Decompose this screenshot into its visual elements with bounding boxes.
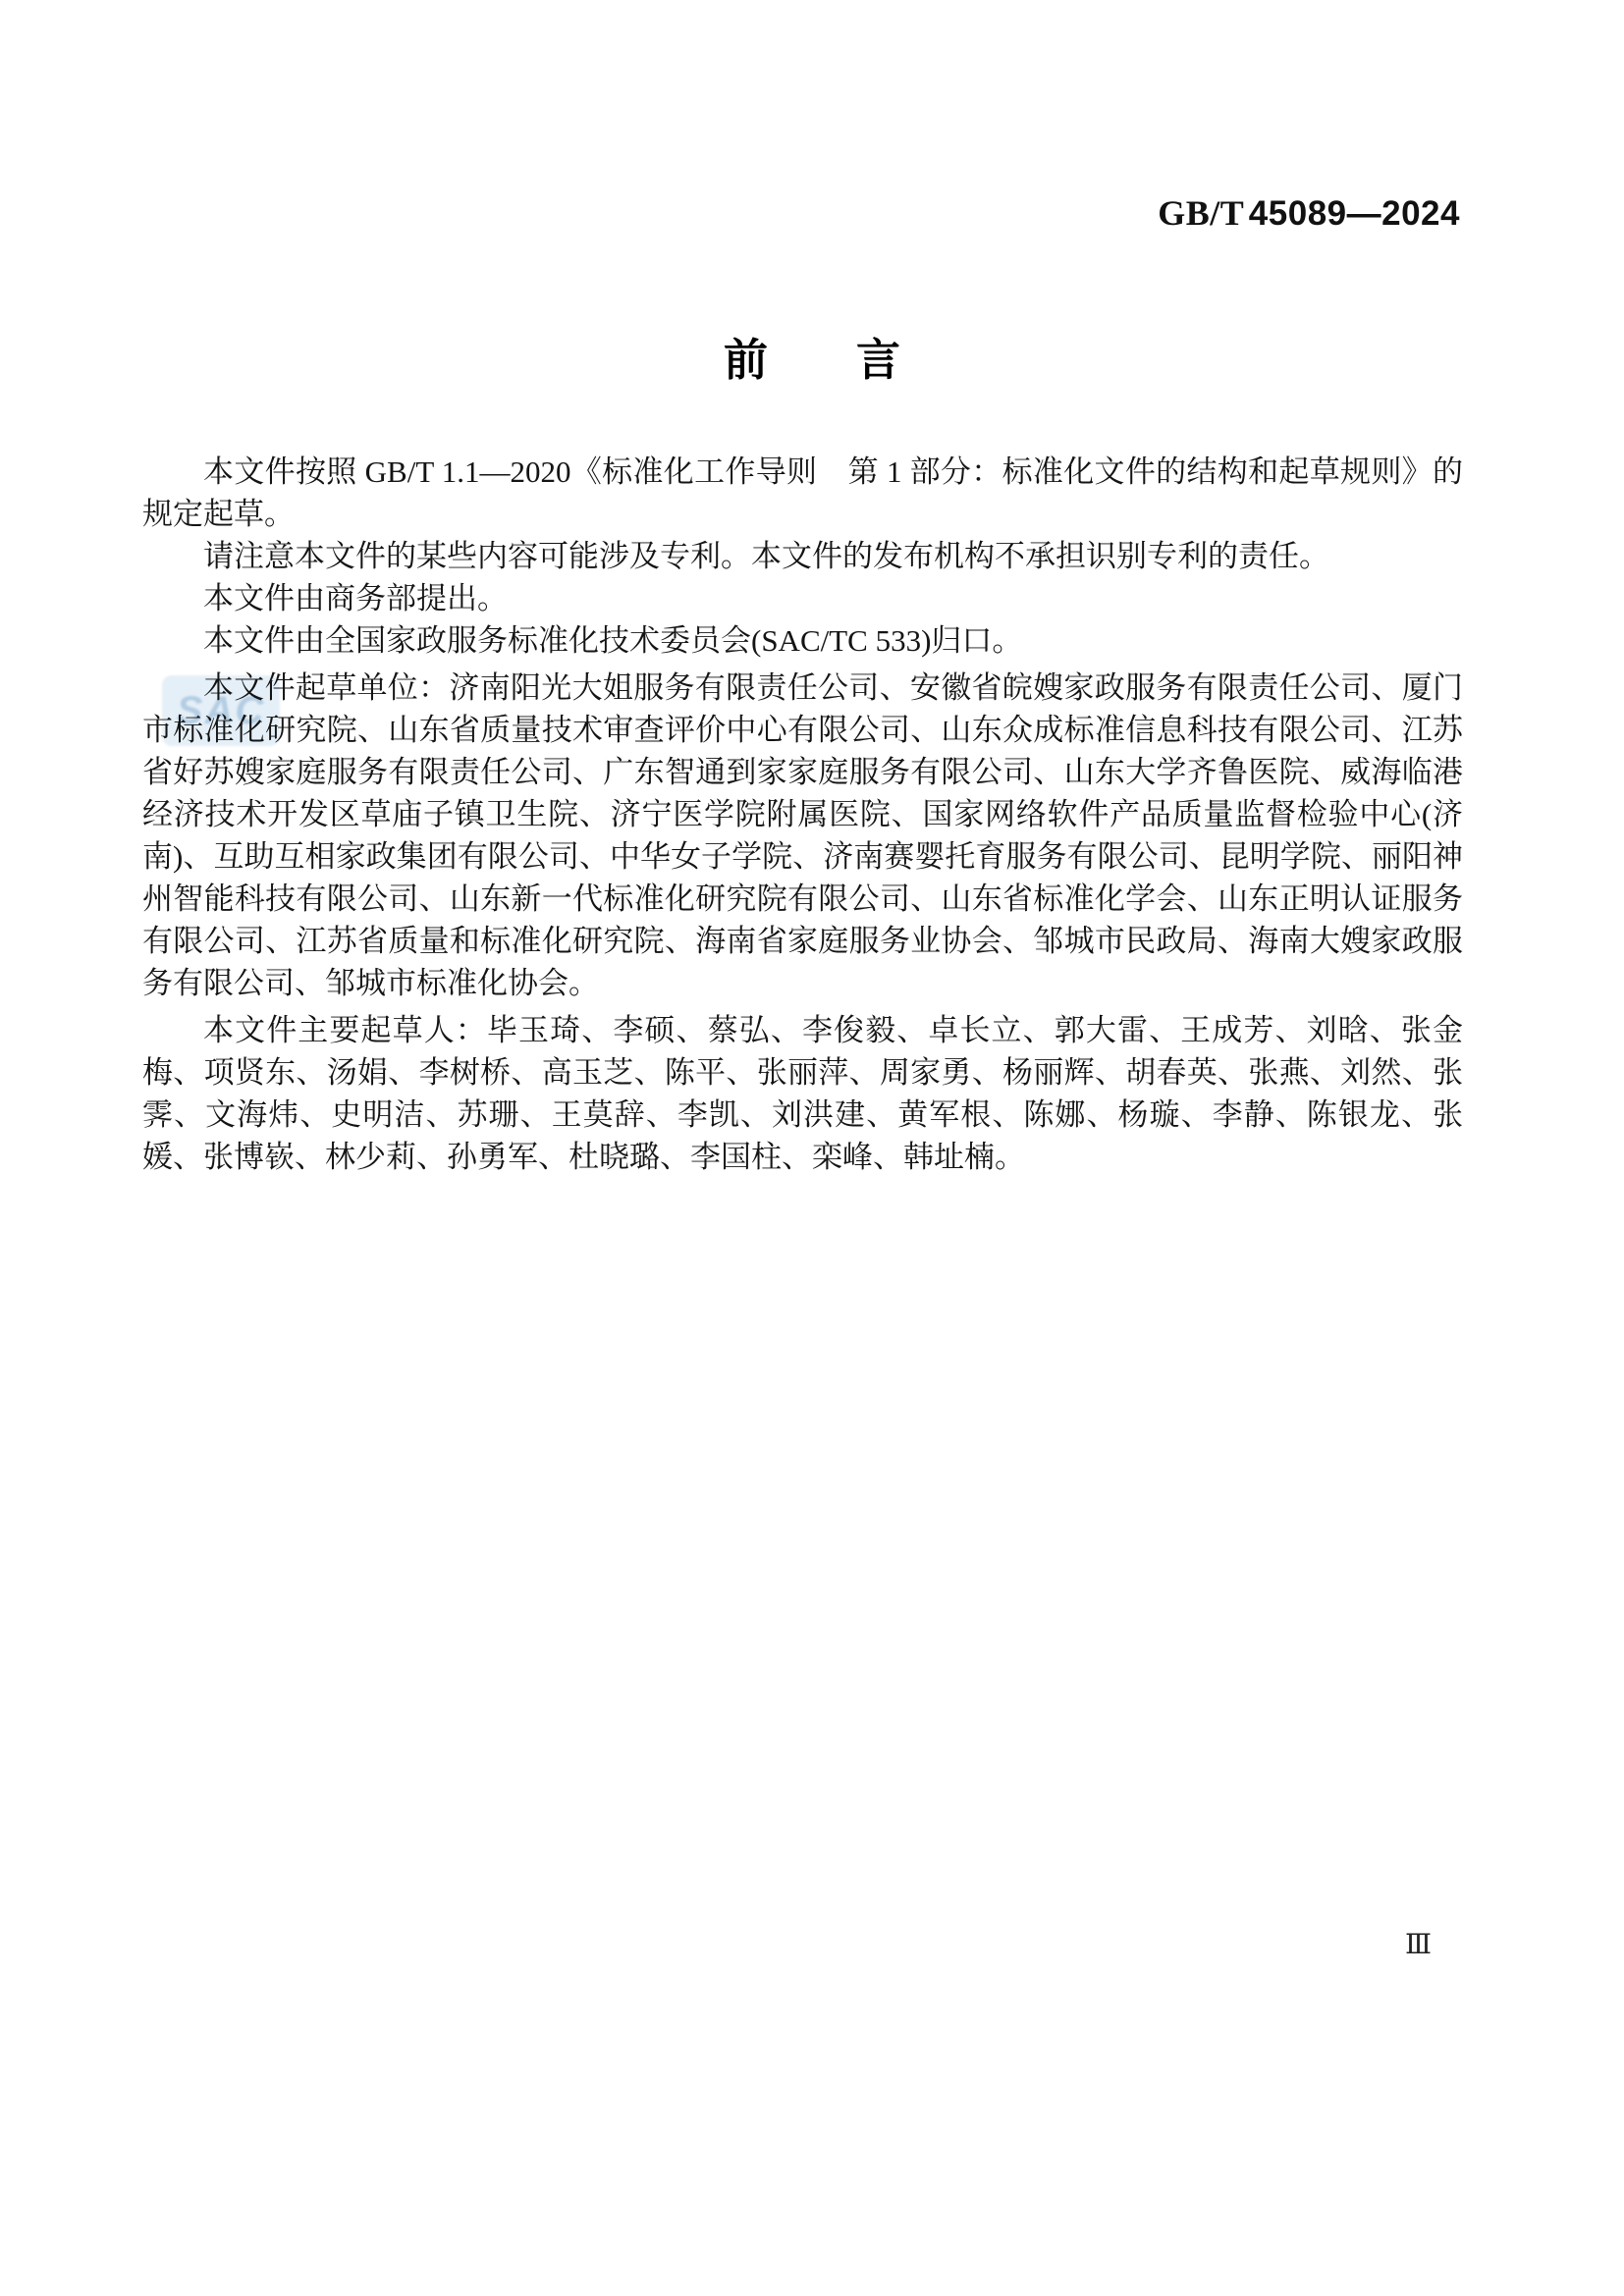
paragraph-main-drafters: 本文件主要起草人：毕玉琦、李硕、蔡弘、李俊毅、卓长立、郭大雷、王成芳、刘晗、张金…: [142, 1009, 1463, 1178]
foreword-body: 本文件按照 GB/T 1.1—2020《标准化工作导则 第 1 部分：标准化文件…: [142, 451, 1463, 1178]
page-title: 前 言: [0, 324, 1624, 388]
paragraph-drafting-rules: 本文件按照 GB/T 1.1—2020《标准化工作导则 第 1 部分：标准化文件…: [142, 451, 1463, 535]
paragraph-centralized-by: 本文件由全国家政服务标准化技术委员会(SAC/TC 533)归口。: [142, 619, 1463, 662]
paragraph-drafting-organizations: 本文件起草单位：济南阳光大姐服务有限责任公司、安徽省皖嫂家政服务有限责任公司、厦…: [142, 667, 1463, 1004]
paragraph-patent-notice: 请注意本文件的某些内容可能涉及专利。本文件的发布机构不承担识别专利的责任。: [142, 535, 1463, 577]
standard-code-header: GB/T 45089—2024: [1158, 192, 1460, 234]
document-page: GB/T 45089—2024 前 言 SAC 本文件按照 GB/T 1.1—2…: [0, 0, 1624, 2296]
page-number: Ⅲ: [1405, 1928, 1432, 1961]
standard-code-prefix: GB/T: [1158, 193, 1244, 233]
paragraph-proposed-by: 本文件由商务部提出。: [142, 577, 1463, 619]
standard-code-number: 45089—2024: [1249, 194, 1460, 233]
